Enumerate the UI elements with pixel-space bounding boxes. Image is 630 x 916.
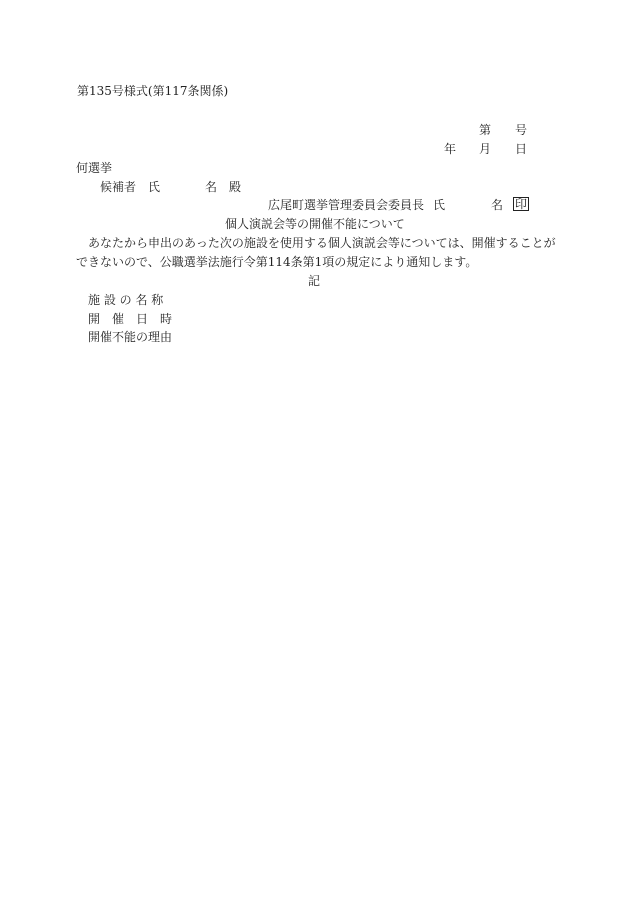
sender-shi: 氏 [433,198,445,212]
addressee-shi: 氏 [148,180,160,194]
sender-mei: 名 [491,198,503,212]
subject-title: 個人演説会等の開催不能について [225,217,405,231]
seal-mark: 印 [513,197,529,211]
addressee-mei: 名 [205,180,217,194]
sender-title: 広尾町選挙管理委員会委員長 [268,198,424,212]
doc-number-go: 号 [515,123,527,137]
date-day: 日 [515,142,527,156]
body-line-1: あなたから申出のあった次の施設を使用する個人演説会等については、開催することが [88,236,556,250]
date-year: 年 [444,142,456,156]
doc-number-dai: 第 [479,123,491,137]
addressee-candidate: 候補者 [100,180,136,194]
item-reason: 開催不能の理由 [88,330,172,344]
body-line-2: できないので、公職選挙法施行令第114条第1項の規定により通知します。 [76,255,477,269]
seal-label: 印 [513,197,529,211]
item-date-time: 開 催 日 時 [88,312,172,326]
ki-label: 記 [308,274,320,288]
date-month: 月 [479,142,491,156]
item-facility-name: 施 設 の 名 称 [88,293,163,307]
election-label: 何選挙 [76,161,112,175]
addressee-dono: 殿 [229,180,241,194]
form-header: 第135号様式(第117条関係) [77,84,228,98]
